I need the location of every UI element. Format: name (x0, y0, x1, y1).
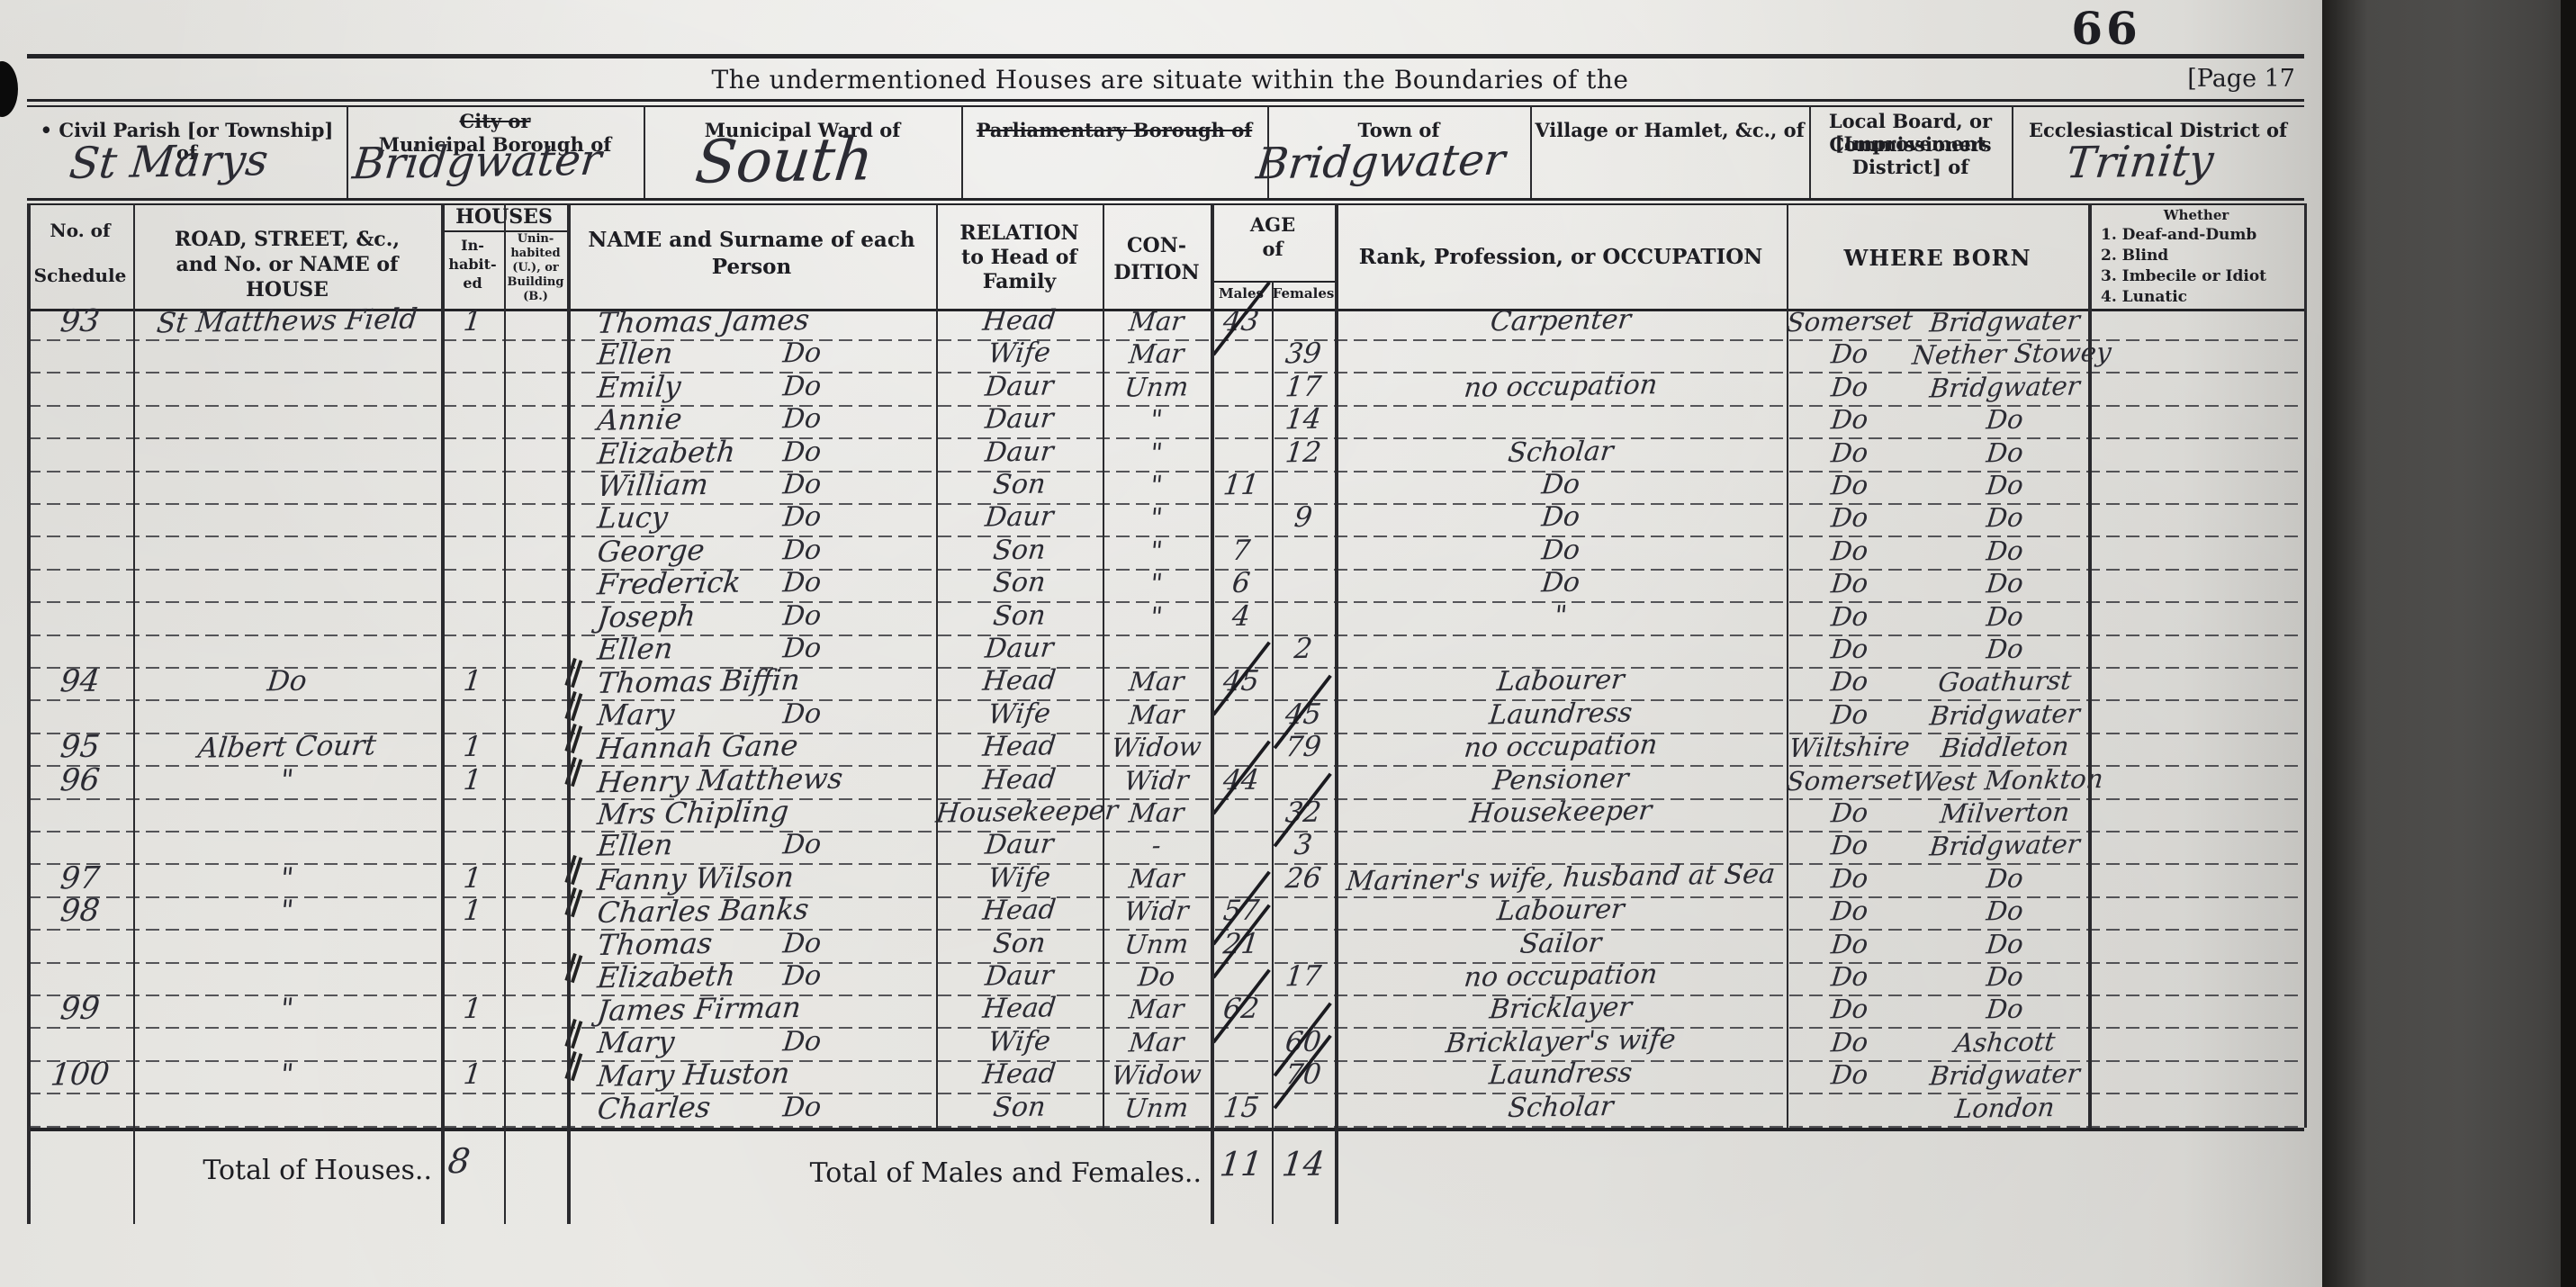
person-full-name: James Firman (596, 990, 803, 1028)
cell-relation: Head (934, 991, 1104, 1026)
rule (27, 105, 2304, 107)
cell-schedule: 94 (25, 663, 135, 697)
cell-born-place: Do (1911, 925, 2099, 961)
cell-born-county: Do (1785, 697, 1914, 731)
person-given-name: Annie (596, 401, 684, 437)
cell-age-male (1209, 697, 1274, 730)
cell-condition: - (1101, 827, 1212, 861)
person-given-name: Mary (596, 1024, 676, 1059)
person-given-name: Elizabeth (596, 958, 737, 995)
form-heading: The undermentioned Houses are situate wi… (270, 65, 2070, 94)
cell-name: ∥ElizabethDo (567, 959, 936, 992)
cell-condition: " (1101, 401, 1212, 436)
cell-born-place: Bridgwater (1911, 302, 2099, 338)
cell-born-county: Do (1785, 991, 1914, 1025)
rule (27, 99, 2304, 102)
cell-age-female: 39 (1270, 337, 1337, 370)
col-header-disability-title: Whether (2088, 207, 2304, 223)
location-value: Trinity (1991, 134, 2290, 190)
cell-inhabited: 1 (439, 730, 506, 763)
cell-road: " (131, 989, 443, 1027)
cell-age-male: 4 (1209, 598, 1274, 632)
cell-relation: Head (934, 1057, 1104, 1092)
location-value: St Marys (6, 134, 332, 190)
rule (27, 203, 31, 1224)
cell-born-county: Do (1785, 631, 1914, 665)
cell-name: Thomas James (567, 304, 936, 337)
cell-age-female: 79 (1270, 730, 1337, 763)
person-surname-ditto: Do (781, 500, 823, 535)
rule (1211, 203, 1214, 1224)
cell-age-female (1270, 303, 1337, 337)
cell-condition: Mar (1101, 663, 1212, 697)
rule (1103, 203, 1104, 1128)
cell-age-male: 44 (1209, 762, 1274, 796)
rule (567, 203, 571, 1224)
cell-relation: Daur (934, 630, 1104, 665)
person-surname-ditto: Do (781, 337, 823, 372)
cell-condition: Widr (1101, 762, 1212, 796)
cell-condition: Mar (1101, 795, 1212, 829)
cell-born-county: Do (1785, 1024, 1914, 1058)
person-given-name: George (596, 533, 707, 569)
cell-age-male (1209, 435, 1274, 468)
col-header-age: AGEof (1211, 212, 1335, 261)
cell-born-place: Nether Stowey (1911, 336, 2099, 372)
cell-relation: Head (934, 761, 1104, 796)
cell-born-county: Do (1785, 925, 1914, 959)
col-header-name: NAME and Surname of eachPerson (567, 227, 936, 281)
cell-condition: " (1101, 435, 1212, 469)
cell-name: ∥Mary Huston (567, 1057, 936, 1090)
cell-relation: Son (934, 598, 1104, 633)
rule (644, 105, 645, 198)
cell-age-female: 17 (1270, 369, 1337, 402)
cell-name: LucyDo (567, 500, 936, 533)
cell-age-male: 43 (1209, 303, 1274, 337)
cell-age-female: 45 (1270, 697, 1337, 730)
cell-name: ∥Fanny Wilson (567, 861, 936, 894)
cell-born-county: Do (1785, 795, 1914, 829)
location-label: Village or Hamlet, &c., of (1530, 119, 1809, 141)
cell-relation: Daur (934, 827, 1104, 862)
cell-born-place: Bridgwater (1911, 1056, 2099, 1092)
form-top-rule (27, 54, 2304, 58)
cell-born-county: Do (1785, 958, 1914, 993)
cell-born-county: Do (1785, 401, 1914, 436)
cell-age-female: 17 (1270, 958, 1337, 992)
cell-road: " (131, 859, 443, 896)
photo-dark-margin: 123456 12 PUBLIC RECORD OFFICE Reference… (2322, 0, 2576, 1287)
cell-relation: Head (934, 893, 1104, 928)
cell-age-male: 21 (1209, 926, 1274, 959)
cell-age-female: 2 (1270, 631, 1337, 664)
person-surname-ditto: Do (781, 828, 823, 863)
cell-relation: Daur (934, 499, 1104, 535)
cell-condition: Unm (1101, 926, 1212, 960)
person-given-name: Thomas (596, 925, 714, 961)
cell-age-male: 11 (1209, 467, 1274, 500)
cell-name: ∥Henry Matthews (567, 763, 936, 796)
page-label: [Page 17 (2124, 65, 2295, 93)
cell-born-place: West Monkton (1911, 761, 2099, 797)
cell-inhabited: 1 (439, 1057, 506, 1091)
cell-born-place: Bridgwater (1911, 368, 2099, 404)
rule (133, 203, 135, 1224)
cell-condition: " (1101, 565, 1212, 599)
cell-born-place: Do (1911, 859, 2099, 895)
person-surname-ditto: Do (781, 959, 823, 994)
rule (1335, 203, 1338, 1224)
cell-age-male: 62 (1209, 992, 1274, 1025)
scan-artifact-blob (0, 61, 18, 117)
cell-born-county: Somerset (1785, 303, 1914, 337)
cell-born-place: Biddleton (1911, 728, 2099, 764)
person-given-name: Lucy (596, 500, 670, 535)
person-given-name: Elizabeth (596, 434, 737, 471)
cell-condition: Mar (1101, 303, 1212, 337)
cell-road: St Matthews Field (131, 301, 443, 339)
person-full-name: Thomas James (596, 302, 811, 340)
cell-born-place: Do (1911, 991, 2099, 1027)
cell-condition: Do (1101, 958, 1212, 993)
col-header-females: Females (1272, 285, 1335, 301)
cell-condition: Unm (1101, 1090, 1212, 1124)
cell-age-male: 45 (1209, 664, 1274, 697)
cell-relation: Wife (934, 859, 1104, 895)
cell-born-place: Do (1911, 434, 2099, 470)
person-surname-ditto: Do (781, 598, 823, 634)
census-row: SonUnmScholarLondonCharlesDo15 (0, 1095, 2322, 1128)
cell-age-female: 32 (1270, 795, 1337, 828)
person-surname-ditto: Do (781, 402, 823, 437)
cell-condition: Widow (1101, 1057, 1212, 1091)
location-value: South (622, 123, 948, 198)
person-surname-ditto: Do (781, 566, 823, 601)
cell-born-place: Do (1911, 564, 2099, 600)
cell-name: ∥Thomas Biffin (567, 664, 936, 697)
cell-relation: Son (934, 532, 1104, 567)
person-surname-ditto: Do (781, 697, 823, 732)
rule (1809, 105, 1811, 198)
cell-relation: Daur (934, 958, 1104, 993)
cell-born-place: Goathurst (1911, 663, 2099, 699)
cell-age-female: 70 (1270, 1057, 1337, 1091)
cell-schedule: 96 (25, 762, 135, 796)
folio-number: 66 (2052, 2, 2160, 55)
cell-road: " (131, 760, 443, 798)
census-row: 100"1HeadWidowLaundressDoBridgwater∥Mary… (0, 1062, 2322, 1094)
cell-relation: Wife (934, 696, 1104, 731)
cell-born-place: Do (1911, 598, 2099, 634)
cell-age-male (1209, 795, 1274, 828)
rule (1267, 105, 1269, 198)
cell-name: FrederickDo (567, 566, 936, 598)
cell-name: GeorgeDo (567, 534, 936, 566)
col-header-relation: RELATIONto Head ofFamily (936, 221, 1103, 294)
cell-born-place: Do (1911, 630, 2099, 666)
cell-name: ∥MaryDo (567, 697, 936, 730)
cell-name: EllenDo (567, 632, 936, 664)
cell-relation: Head (934, 302, 1104, 337)
cell-condition: " (1101, 499, 1212, 534)
cell-schedule: 97 (25, 860, 135, 895)
cell-condition: Widow (1101, 729, 1212, 763)
cell-condition: Unm (1101, 369, 1212, 403)
cell-occupation: Housekeeper (1333, 792, 1789, 832)
census-row: Son"DoDoDoFrederickDo6 (0, 571, 2322, 603)
cell-age-female (1270, 1090, 1337, 1123)
rule (2012, 105, 2013, 198)
cell-born-county: Do (1785, 434, 1914, 468)
cell-born-county: Do (1785, 827, 1914, 861)
rule (504, 203, 506, 1224)
cell-relation: Daur (934, 401, 1104, 436)
cell-schedule: 95 (25, 729, 135, 763)
cell-born-place: Do (1911, 400, 2099, 436)
rule (936, 203, 938, 1128)
cell-schedule: 99 (25, 991, 135, 1025)
cell-schedule: 100 (25, 1057, 135, 1091)
person-given-name: Ellen (596, 631, 675, 666)
cell-age-female (1270, 926, 1337, 959)
col-header-disability-list: 1. Deaf-and-Dumb2. Blind3. Imbecile or I… (2101, 225, 2304, 308)
cell-age-male: 15 (1209, 1090, 1274, 1123)
cell-condition: Mar (1101, 860, 1212, 895)
col-header-road: ROAD, STREET, &c.,and No. or NAME of HOU… (133, 227, 441, 302)
cell-age-female (1270, 566, 1337, 599)
cell-age-female: 26 (1270, 860, 1337, 894)
cell-age-female (1270, 894, 1337, 927)
cell-name: EmilyDo (567, 370, 936, 402)
cell-born-place: Do (1911, 958, 2099, 994)
location-label: Parliamentary Borough of (961, 119, 1267, 141)
cell-condition: Mar (1101, 336, 1212, 370)
person-full-name: Henry Matthews (596, 760, 844, 799)
person-given-name: Emily (596, 369, 682, 405)
cell-relation: Head (934, 729, 1104, 764)
person-given-name: Ellen (596, 828, 675, 863)
cell-condition: " (1101, 598, 1212, 633)
cell-name: Mrs Chipling (567, 796, 936, 828)
cell-name: James Firman (567, 992, 936, 1024)
rule (27, 203, 2304, 205)
cell-born-place: Bridgwater (1911, 827, 2099, 863)
cell-age-female (1270, 467, 1337, 500)
person-full-name: Thomas Biffin (596, 662, 802, 700)
cell-inhabited: 1 (439, 894, 506, 927)
person-surname-ditto: Do (781, 926, 823, 961)
col-header-occupation: Rank, Profession, or OCCUPATION (1335, 245, 1787, 269)
census-scan-page: 66 The undermentioned Houses are situate… (0, 0, 2576, 1287)
cell-relation: Son (934, 1089, 1104, 1124)
cell-born-county: Do (1785, 663, 1914, 697)
total-houses-label: Total of Houses.. (135, 1155, 432, 1186)
col-header-born: WHERE BORN (1787, 245, 2088, 271)
cell-relation: Wife (934, 1023, 1104, 1058)
cell-born-place: Do (1911, 892, 2099, 928)
cell-condition: Mar (1101, 697, 1212, 731)
cell-name: AnnieDo (567, 402, 936, 435)
cell-age-female: 9 (1270, 500, 1337, 534)
location-label: City or (347, 110, 644, 132)
rule (961, 105, 963, 198)
total-females-value: 14 (1270, 1144, 1338, 1183)
cell-name: EllenDo (567, 337, 936, 369)
cell-born-county: Do (1785, 598, 1914, 632)
cell-born-place: Do (1911, 532, 2099, 568)
cell-name: ElizabethDo (567, 436, 936, 468)
location-value: Bridgwater (326, 134, 629, 190)
cell-born-place: Ashcott (1911, 1023, 2099, 1059)
cell-born-county: Do (1785, 860, 1914, 895)
cell-born-county: Do (1785, 336, 1914, 370)
cell-relation: Head (934, 663, 1104, 698)
cell-born-county: Do (1785, 369, 1914, 403)
person-given-name: Joseph (596, 598, 698, 634)
cell-born-county: Somerset (1785, 761, 1914, 796)
cell-age-male (1209, 1057, 1274, 1091)
cell-age-male (1209, 828, 1274, 861)
census-row: Son""DoDoJosephDo4 (0, 604, 2322, 636)
col-header-condition: CON-DITION (1103, 232, 1211, 286)
cell-age-female: 12 (1270, 435, 1337, 468)
census-row: Daur"DoDoAnnieDo14 (0, 407, 2322, 439)
person-surname-ditto: Do (781, 468, 823, 503)
cell-age-male (1209, 500, 1274, 534)
cell-relation: Son (934, 565, 1104, 600)
col-header-schedule: No. ofSchedule (27, 220, 133, 286)
person-given-name: Charles (596, 1090, 712, 1126)
cell-age-female: 14 (1270, 402, 1337, 436)
total-males-females-label: Total of Males and Females.. (756, 1157, 1202, 1189)
rule (27, 198, 2304, 201)
cell-road: Do (131, 661, 443, 699)
cell-relation: Son (934, 466, 1104, 501)
cell-born-county: Do (1785, 893, 1914, 927)
rule (1272, 281, 1274, 1224)
cell-inhabited: 1 (439, 860, 506, 894)
person-surname-ditto: Do (781, 369, 823, 404)
cell-born-place: Do (1911, 466, 2099, 502)
cell-inhabited: 1 (439, 992, 506, 1025)
cell-born-county: Do (1785, 499, 1914, 534)
location-value: Bridgwater (1247, 134, 1515, 189)
cell-born-county: Do (1785, 533, 1914, 567)
rule (347, 105, 348, 198)
cell-age-female: 3 (1270, 828, 1337, 861)
cell-age-female (1270, 598, 1337, 632)
person-given-name: William (596, 467, 710, 503)
cell-condition: " (1101, 467, 1212, 501)
cell-condition: Widr (1101, 893, 1212, 927)
person-surname-ditto: Do (781, 533, 823, 568)
cell-born-county: Do (1785, 467, 1914, 501)
cell-condition: Mar (1101, 991, 1212, 1025)
cell-relation: Housekeeper (934, 794, 1104, 829)
cell-born-place: Do (1911, 499, 2099, 535)
rule (441, 203, 445, 1224)
cell-born-county: Do (1785, 565, 1914, 599)
cell-relation: Daur (934, 368, 1104, 403)
person-full-name: Mary Huston (596, 1056, 791, 1093)
cell-relation: Son (934, 925, 1104, 960)
cell-name: ∥Charles Banks (567, 894, 936, 926)
person-given-name: Mary (596, 697, 676, 732)
person-surname-ditto: Do (781, 1024, 823, 1059)
person-surname-ditto: Do (781, 435, 823, 470)
col-header-uninhabited: Unin-habited(U.), orBuilding(B.) (504, 232, 567, 304)
cell-age-male: 6 (1209, 566, 1274, 599)
cell-born-county: Wiltshire (1785, 729, 1914, 763)
person-given-name: Ellen (596, 337, 675, 372)
cell-condition: " (1101, 533, 1212, 567)
total-males-value: 11 (1209, 1144, 1274, 1183)
cell-road: " (131, 891, 443, 929)
cell-relation: Daur (934, 434, 1104, 469)
cell-schedule: 93 (25, 303, 135, 337)
rule (1787, 203, 1788, 1128)
person-full-name: Charles Banks (596, 892, 811, 930)
person-given-name: Frederick (596, 565, 743, 602)
total-houses-value: 8 (446, 1141, 473, 1181)
cell-condition: Mar (1101, 1024, 1212, 1058)
person-full-name: Hannah Gane (596, 728, 800, 766)
cell-inhabited: 1 (439, 762, 506, 796)
cell-age-male (1209, 402, 1274, 436)
census-row: 98"1HeadWidrLabourerDoDo∥Charles Banks57 (0, 898, 2322, 931)
photo-edge (2561, 0, 2576, 1287)
cell-born-place: Milverton (1911, 794, 2099, 830)
cell-age-male (1209, 337, 1274, 370)
cell-born-place: Bridgwater (1911, 696, 2099, 732)
census-form-paper: 66 The undermentioned Houses are situate… (0, 0, 2322, 1287)
rule (2088, 203, 2092, 1128)
rule (27, 1128, 2304, 1131)
cell-schedule: 98 (25, 893, 135, 927)
rule (1530, 105, 1532, 198)
cell-relation: Wife (934, 336, 1104, 371)
cell-age-male: 7 (1209, 533, 1274, 566)
cell-age-female (1270, 533, 1337, 566)
cell-occupation: Carpenter (1333, 301, 1789, 341)
cell-name: CharlesDo (567, 1091, 936, 1123)
cell-age-male (1209, 1024, 1274, 1057)
cell-name: ∥Hannah Gane (567, 730, 936, 762)
cell-born-place: London (1911, 1089, 2099, 1125)
location-label: Commissioners District] of (1809, 133, 2012, 178)
cell-road: " (131, 1055, 443, 1093)
cell-inhabited: 1 (439, 303, 506, 337)
cell-road: Albert Court (131, 727, 443, 765)
cell-inhabited: 1 (439, 664, 506, 697)
person-surname-ditto: Do (781, 1090, 823, 1125)
col-header-inhabited: In-habit-ed (441, 236, 504, 292)
rule (2304, 203, 2307, 1128)
cell-name: WilliamDo (567, 468, 936, 500)
person-surname-ditto: Do (781, 632, 823, 667)
cell-name: JosephDo (567, 599, 936, 632)
person-full-name: Mrs Chipling (596, 794, 790, 832)
cell-name: ∥MaryDo (567, 1025, 936, 1057)
cell-born-county: Do (1785, 1057, 1914, 1091)
cell-occupation: no occupation (1333, 365, 1789, 406)
cell-name: EllenDo (567, 828, 936, 860)
cell-name: ThomasDo (567, 927, 936, 959)
person-full-name: Fanny Wilson (596, 859, 796, 897)
cell-age-male (1209, 369, 1274, 402)
